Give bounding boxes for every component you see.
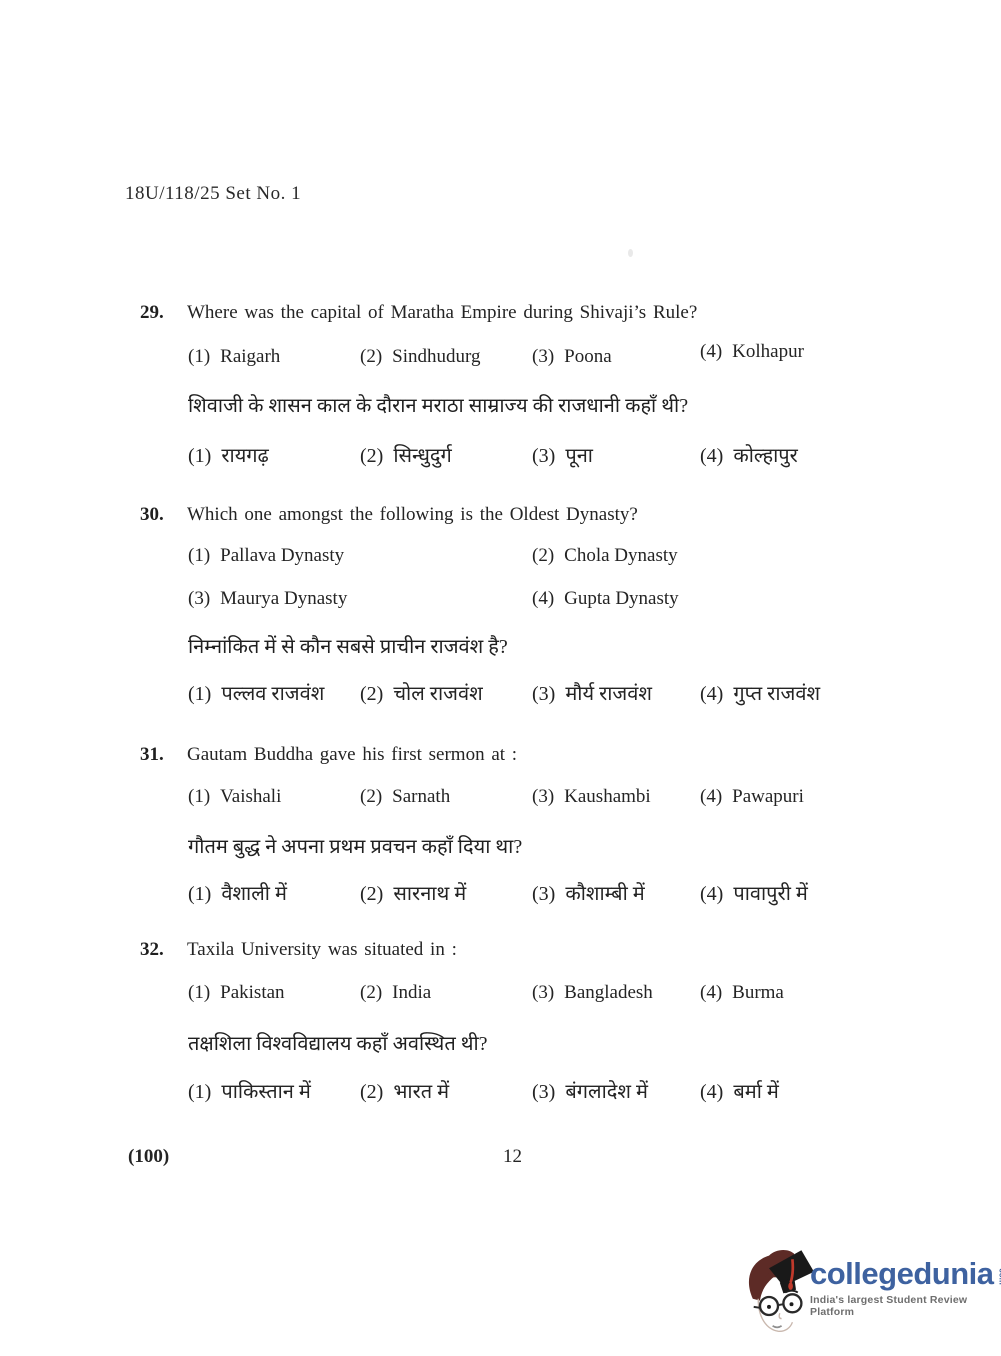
question-number: 30. bbox=[140, 504, 187, 526]
option-text: Gupta Dynasty bbox=[564, 588, 679, 609]
option-text: Vaishali bbox=[220, 786, 281, 807]
option-number: (4) bbox=[700, 1081, 723, 1103]
collegedunia-mascot-icon bbox=[742, 1243, 814, 1333]
question-text-en: Where was the capital of Maratha Empire … bbox=[187, 302, 697, 323]
option-number: (2) bbox=[360, 445, 383, 467]
option-text: Sarnath bbox=[392, 786, 450, 807]
option: (3)Maurya Dynasty bbox=[188, 588, 347, 610]
option-text: पूना bbox=[565, 445, 593, 467]
option: (4)गुप्त राजवंश bbox=[700, 679, 820, 706]
question-31: 31.Gautam Buddha gave his first sermon a… bbox=[140, 744, 517, 766]
question-30-options-en-row2: (3)Maurya Dynasty (4)Gupta Dynasty bbox=[0, 588, 1001, 616]
question-29: 29.Where was the capital of Maratha Empi… bbox=[140, 302, 697, 324]
question-text-en: Gautam Buddha gave his first sermon at : bbox=[187, 744, 517, 765]
option-number: (1) bbox=[188, 683, 211, 705]
logo-text-block: collegedunia com India's largest Student… bbox=[810, 1258, 1001, 1318]
option: (4)Kolhapur bbox=[700, 341, 804, 363]
option-number: (4) bbox=[700, 982, 722, 1003]
option-text: Sindhudurg bbox=[392, 346, 480, 367]
option-number: (3) bbox=[532, 982, 554, 1003]
option-number: (1) bbox=[188, 545, 210, 566]
option-number: (1) bbox=[188, 445, 211, 467]
option: (2)चोल राजवंश bbox=[360, 679, 483, 706]
question-32: 32.Taxila University was situated in : bbox=[140, 939, 457, 961]
option-number: (3) bbox=[188, 588, 210, 609]
option-number: (3) bbox=[532, 883, 555, 905]
option-number: (2) bbox=[532, 545, 554, 566]
option-number: (2) bbox=[360, 786, 382, 807]
option-text: रायगढ़ bbox=[221, 445, 268, 467]
page-number: 12 bbox=[503, 1146, 522, 1168]
option-text: कौशाम्बी में bbox=[565, 883, 644, 905]
option-text: Bangladesh bbox=[564, 982, 653, 1003]
option: (4)Gupta Dynasty bbox=[532, 588, 679, 610]
booklet-series: (100) bbox=[128, 1146, 169, 1168]
option-number: (4) bbox=[700, 445, 723, 467]
option-text: बंगलादेश में bbox=[565, 1081, 648, 1103]
option-number: (3) bbox=[532, 1081, 555, 1103]
option: (1)पाकिस्तान में bbox=[188, 1077, 311, 1104]
option-text: Chola Dynasty bbox=[564, 545, 677, 566]
option: (2)सिन्धुदुर्ग bbox=[360, 441, 452, 468]
option: (2)India bbox=[360, 982, 431, 1004]
question-32-options-en: (1)Pakistan (2)India (3)Bangladesh (4)Bu… bbox=[0, 982, 1001, 1010]
option-number: (2) bbox=[360, 1081, 383, 1103]
option-text: Pawapuri bbox=[732, 786, 804, 807]
question-number: 31. bbox=[140, 744, 187, 766]
option-number: (1) bbox=[188, 346, 210, 367]
option: (1)रायगढ़ bbox=[188, 441, 269, 468]
option-text: Maurya Dynasty bbox=[220, 588, 347, 609]
paper-code: 18U/118/25 Set No. 1 bbox=[125, 183, 301, 205]
option: (4)पावापुरी में bbox=[700, 879, 808, 906]
option-text: पावापुरी में bbox=[733, 883, 808, 905]
option: (2)Chola Dynasty bbox=[532, 545, 678, 567]
option-text: कोल्हापुर bbox=[733, 445, 798, 467]
question-text-en: Taxila University was situated in : bbox=[187, 939, 457, 960]
option-number: (3) bbox=[532, 786, 554, 807]
option-number: (4) bbox=[700, 683, 723, 705]
option-number: (1) bbox=[188, 786, 210, 807]
option-number: (2) bbox=[360, 346, 382, 367]
option-text: सारनाथ में bbox=[393, 883, 466, 905]
option-text: चोल राजवंश bbox=[393, 683, 482, 705]
question-30-text-hi: निम्नांकित में से कौन सबसे प्राचीन राजवं… bbox=[188, 632, 508, 659]
option: (2)Sarnath bbox=[360, 786, 450, 808]
option-text: Burma bbox=[732, 982, 784, 1003]
question-29-options-en: (1)Raigarh (2)Sindhudurg (3)Poona (4)Kol… bbox=[0, 346, 1001, 374]
question-29-options-hi: (1)रायगढ़ (2)सिन्धुदुर्ग (3)पूना (4)कोल्… bbox=[0, 441, 1001, 469]
option: (3)Bangladesh bbox=[532, 982, 653, 1004]
option-text: सिन्धुदुर्ग bbox=[393, 445, 451, 467]
option-number: (1) bbox=[188, 883, 211, 905]
option-number: (4) bbox=[532, 588, 554, 609]
option-text: Kaushambi bbox=[564, 786, 651, 807]
question-32-text-hi: तक्षशिला विश्वविद्यालय कहाँ अवस्थित थी? bbox=[188, 1029, 488, 1056]
option-text: India bbox=[392, 982, 431, 1003]
question-30: 30.Which one amongst the following is th… bbox=[140, 504, 638, 526]
question-32-options-hi: (1)पाकिस्तान में (2)भारत में (3)बंगलादेश… bbox=[0, 1077, 1001, 1105]
option-text: भारत में bbox=[393, 1081, 449, 1103]
scan-speck bbox=[628, 249, 633, 257]
option: (3)कौशाम्बी में bbox=[532, 879, 645, 906]
option-text: Pakistan bbox=[220, 982, 284, 1003]
option-text: बर्मा में bbox=[733, 1081, 779, 1103]
option: (1)Pallava Dynasty bbox=[188, 545, 344, 567]
scanned-question-paper: 18U/118/25 Set No. 1 29.Where was the ca… bbox=[0, 0, 1001, 1356]
option-number: (2) bbox=[360, 683, 383, 705]
option-number: (2) bbox=[360, 982, 382, 1003]
question-number: 32. bbox=[140, 939, 187, 961]
option-number: (2) bbox=[360, 883, 383, 905]
option-text: Poona bbox=[564, 346, 612, 367]
question-text-en: Which one amongst the following is the O… bbox=[187, 504, 638, 525]
option: (1)वैशाली में bbox=[188, 879, 287, 906]
question-30-options-hi: (1)पल्लव राजवंश (2)चोल राजवंश (3)मौर्य र… bbox=[0, 679, 1001, 707]
collegedunia-logo[interactable]: collegedunia com India's largest Student… bbox=[742, 1240, 994, 1336]
option-number: (1) bbox=[188, 1081, 211, 1103]
option-text: Kolhapur bbox=[732, 341, 804, 362]
option-number: (3) bbox=[532, 683, 555, 705]
option-text: पाकिस्तान में bbox=[221, 1081, 311, 1103]
option: (3)मौर्य राजवंश bbox=[532, 679, 652, 706]
option: (3)Poona bbox=[532, 346, 612, 368]
option-text: Pallava Dynasty bbox=[220, 545, 344, 566]
option: (4)Pawapuri bbox=[700, 786, 804, 808]
option: (3)बंगलादेश में bbox=[532, 1077, 648, 1104]
option-number: (1) bbox=[188, 982, 210, 1003]
option-text: Raigarh bbox=[220, 346, 280, 367]
option-number: (4) bbox=[700, 786, 722, 807]
option-text: वैशाली में bbox=[221, 883, 287, 905]
option-number: (4) bbox=[700, 341, 722, 362]
option: (2)भारत में bbox=[360, 1077, 449, 1104]
option: (4)कोल्हापुर bbox=[700, 441, 798, 468]
option-text: मौर्य राजवंश bbox=[565, 683, 652, 705]
option: (3)Kaushambi bbox=[532, 786, 651, 808]
option: (4)Burma bbox=[700, 982, 784, 1004]
option: (3)पूना bbox=[532, 441, 593, 468]
option-text: पल्लव राजवंश bbox=[221, 683, 324, 705]
option: (1)Vaishali bbox=[188, 786, 281, 808]
brand-name: collegedunia bbox=[810, 1258, 993, 1289]
option-number: (3) bbox=[532, 346, 554, 367]
option: (2)Sindhudurg bbox=[360, 346, 481, 368]
option: (1)पल्लव राजवंश bbox=[188, 679, 324, 706]
question-number: 29. bbox=[140, 302, 187, 324]
option: (1)Pakistan bbox=[188, 982, 285, 1004]
option: (2)सारनाथ में bbox=[360, 879, 466, 906]
option: (4)बर्मा में bbox=[700, 1077, 779, 1104]
option-number: (3) bbox=[532, 445, 555, 467]
question-30-options-en-row1: (1)Pallava Dynasty (2)Chola Dynasty bbox=[0, 545, 1001, 573]
option: (1)Raigarh bbox=[188, 346, 280, 368]
question-31-options-en: (1)Vaishali (2)Sarnath (3)Kaushambi (4)P… bbox=[0, 786, 1001, 814]
option-text: गुप्त राजवंश bbox=[733, 683, 820, 705]
question-31-text-hi: गौतम बुद्ध ने अपना प्रथम प्रवचन कहाँ दिय… bbox=[188, 832, 522, 859]
question-31-options-hi: (1)वैशाली में (2)सारनाथ में (3)कौशाम्बी … bbox=[0, 879, 1001, 907]
option-number: (4) bbox=[700, 883, 723, 905]
brand-tagline: India's largest Student Review Platform bbox=[810, 1294, 1001, 1318]
question-29-text-hi: शिवाजी के शासन काल के दौरान मराठा साम्रा… bbox=[188, 391, 688, 418]
